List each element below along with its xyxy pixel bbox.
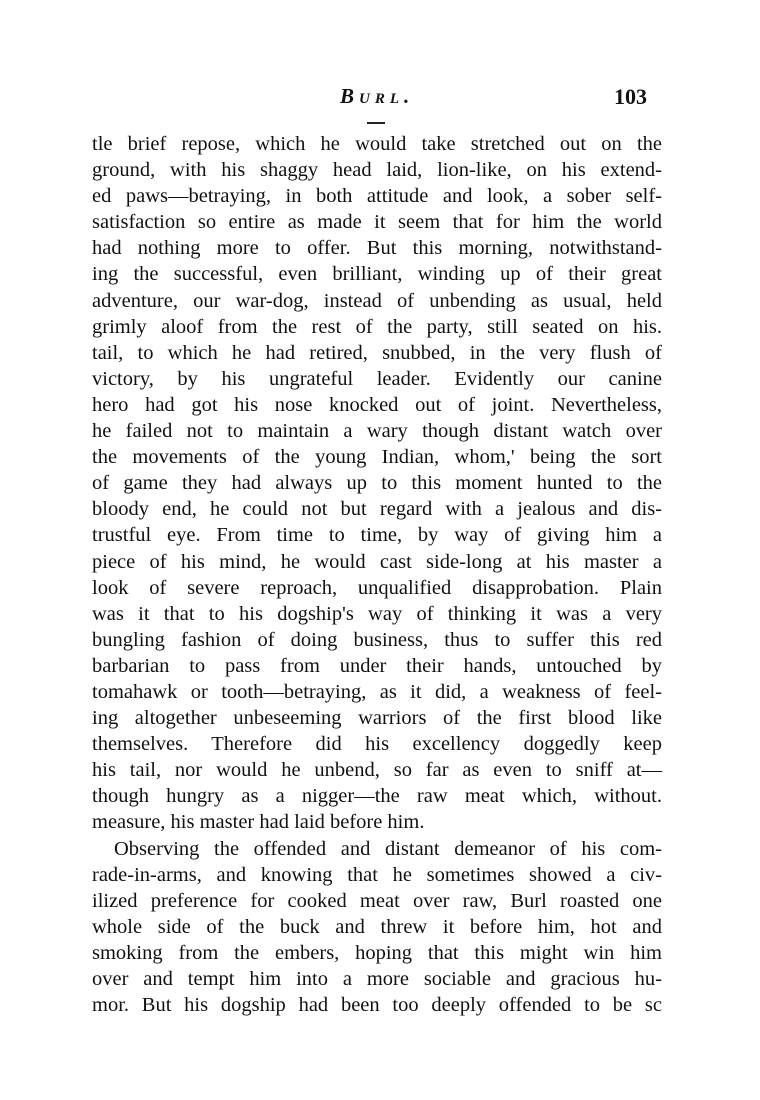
text-line: tail, to which he had retired, snubbed, … [92, 340, 662, 366]
text-line: grimly aloof from the rest of the party,… [92, 314, 662, 340]
text-line: the movements of the young Indian, whom,… [92, 444, 662, 470]
text-line: bloody end, he could not but regard with… [92, 496, 662, 522]
paragraph-start-line: Observing the offended and distant demea… [92, 836, 662, 862]
text-line: ing altogether unbeseeming warriors of t… [92, 705, 662, 731]
text-line: themselves. Therefore did his excellency… [92, 731, 662, 757]
text-line: adventure, our war-dog, instead of unben… [92, 288, 662, 314]
text-line: trustful eye. From time to time, by way … [92, 522, 662, 548]
text-line: piece of his mind, he would cast side-lo… [92, 549, 662, 575]
text-line: ground, with his shaggy head laid, lion-… [92, 157, 662, 183]
text-line: tle brief repose, which he would take st… [92, 131, 662, 157]
text-line: victory, by his ungrateful leader. Evide… [92, 366, 662, 392]
text-line: bungling fashion of doing business, thus… [92, 627, 662, 653]
running-head: Burl. 103 [0, 84, 760, 114]
text-line: over and tempt him into a more sociable … [92, 966, 662, 992]
paragraph-end-line: measure, his master had laid before him. [92, 809, 662, 835]
text-line: had nothing more to offer. But this morn… [92, 235, 662, 261]
text-line: tomahawk or tooth—betraying, as it did, … [92, 679, 662, 705]
text-line: ing the successful, even brilliant, wind… [92, 261, 662, 287]
title-rule-divider [367, 122, 385, 124]
text-line: his tail, nor would he unbend, so far as… [92, 757, 662, 783]
text-line: barbarian to pass from under their hands… [92, 653, 662, 679]
text-line: rade-in-arms, and knowing that he someti… [92, 862, 662, 888]
page-number: 103 [614, 84, 647, 110]
text-line: ed paws—betraying, in both attitude and … [92, 183, 662, 209]
text-line: was it that to his dogship's way of thin… [92, 601, 662, 627]
text-line: mor. But his dogship had been too deeply… [92, 992, 662, 1018]
text-line: though hungry as a nigger—the raw meat w… [92, 783, 662, 809]
text-line: whole side of the buck and threw it befo… [92, 914, 662, 940]
text-line: hero had got his nose knocked out of joi… [92, 392, 662, 418]
text-line: smoking from the embers, hoping that thi… [92, 940, 662, 966]
text-line: he failed not to maintain a wary though … [92, 418, 662, 444]
body-text: tle brief repose, which he would take st… [92, 131, 662, 1018]
text-line: look of severe reproach, unqualified dis… [92, 575, 662, 601]
running-title: Burl. [340, 84, 414, 109]
text-line: of game they had always up to this momen… [92, 470, 662, 496]
text-line: ilized preference for cooked meat over r… [92, 888, 662, 914]
book-page: Burl. 103 tle brief repose, which he wou… [0, 0, 760, 1100]
text-line: satisfaction so entire as made it seem t… [92, 209, 662, 235]
